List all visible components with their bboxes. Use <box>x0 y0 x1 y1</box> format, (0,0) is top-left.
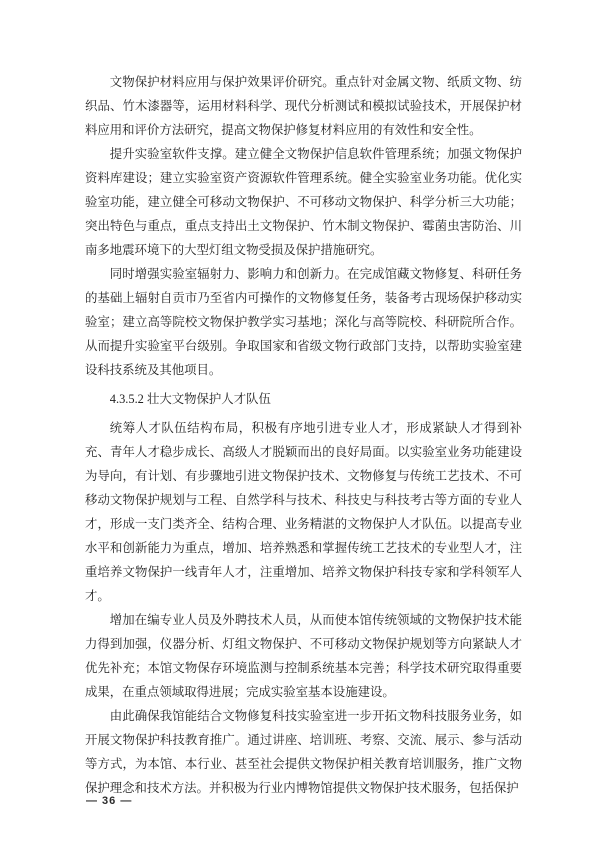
body-paragraph: 同时增强实验室辐射力、影响力和创新力。在完成馆藏文物修复、科研任务的基础上辐射自… <box>85 262 522 382</box>
body-paragraph: 增加在编专业人员及外聘技术人员，从而使本馆传统领域的文物保护技术能力得到加强，仪… <box>85 608 522 704</box>
section-heading: 4.3.5.2 壮大文物保护人才队伍 <box>85 387 522 411</box>
body-paragraph: 文物保护材料应用与保护效果评价研究。重点针对金属文物、纸质文物、纺织品、竹木漆器… <box>85 70 522 142</box>
page-number: — 36 — <box>86 795 132 807</box>
body-paragraph: 统筹人才队伍结构布局，积极有序地引进专业人才，形成紧缺人才得到补充、青年人才稳步… <box>85 416 522 608</box>
body-paragraph: 提升实验室软件支撑。建立健全文物保护信息软件管理系统；加强文物保护资料库建设；建… <box>85 142 522 262</box>
document-body: 文物保护材料应用与保护效果评价研究。重点针对金属文物、纸质文物、纺织品、竹木漆器… <box>85 70 522 800</box>
body-paragraph: 由此确保我馆能结合文物修复科技实验室进一步开拓文物科技服务业务，如开展文物保护科… <box>85 704 522 800</box>
document-page: 文物保护材料应用与保护效果评价研究。重点针对金属文物、纸质文物、纺织品、竹木漆器… <box>0 0 607 861</box>
